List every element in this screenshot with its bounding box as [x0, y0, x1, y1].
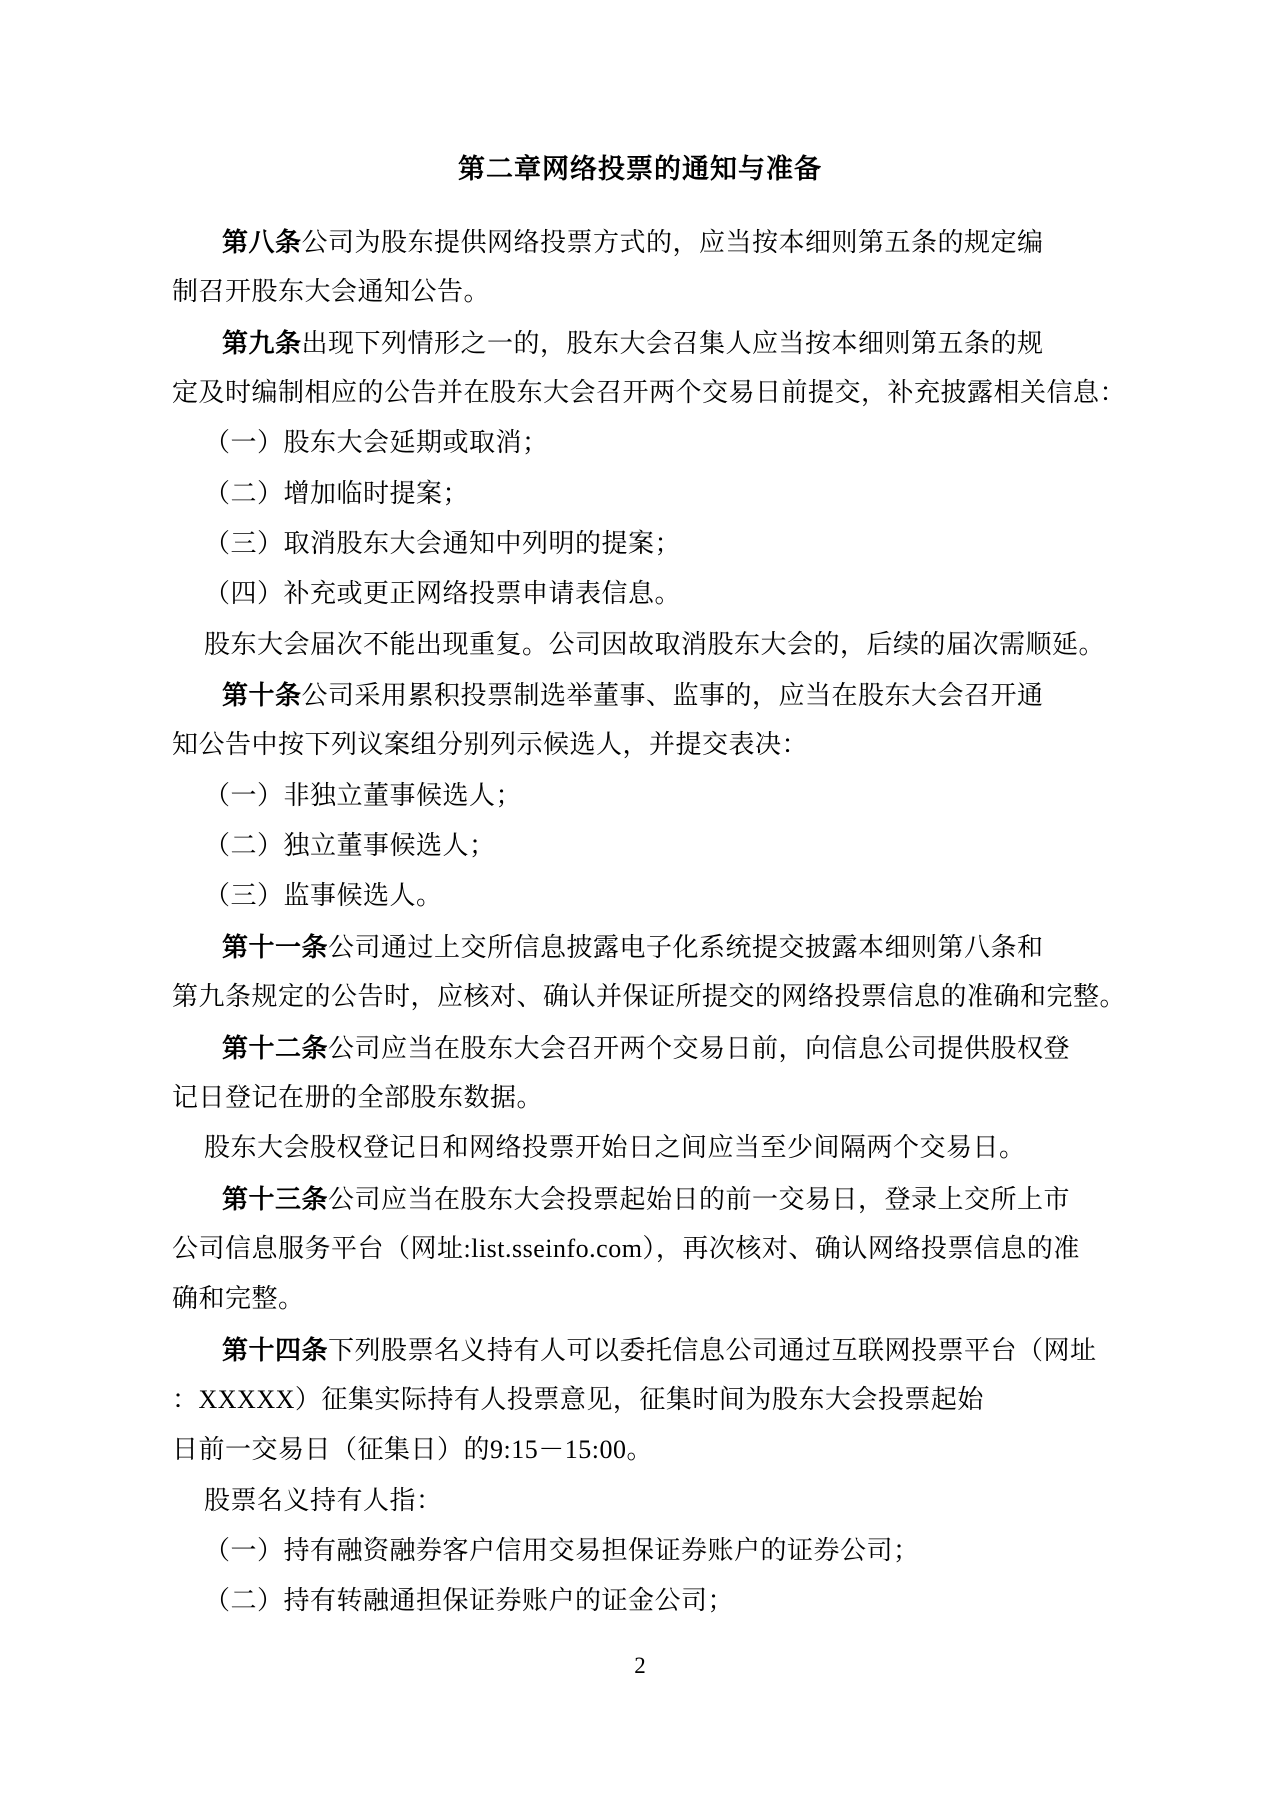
article-label: 第八条: [222, 227, 302, 257]
line-text: 股票名义持有人指：: [204, 1486, 443, 1515]
line-text: （二）持有转融通担保证券账户的证金公司；: [204, 1586, 734, 1615]
line-text: 第九条规定的公告时，应核对、确认并保证所提交的网络投票信息的准确和完整。: [172, 982, 1126, 1011]
doc-line: 股票名义持有人指：: [172, 1476, 1182, 1526]
page-number: 2: [0, 1653, 1280, 1679]
line-text: 出现下列情形之一的，股东大会召集人应当按本细则第五条的规: [302, 329, 1044, 358]
doc-line: 记日登记在册的全部股东数据。: [172, 1073, 1182, 1123]
line-text: 下列股票名义持有人可以委托信息公司通过互联网投票平台（网址: [328, 1336, 1097, 1365]
article-label: 第十条: [222, 680, 302, 710]
doc-line: （一）股东大会延期或取消；: [172, 418, 1182, 468]
line-text: （一）非独立董事候选人；: [204, 781, 522, 810]
article-label: 第十二条: [222, 1033, 328, 1063]
line-text: ：XXXXX）征集实际持有人投票意见，征集时间为股东大会投票起始: [172, 1385, 984, 1414]
line-text: （二）独立董事候选人；: [204, 831, 496, 860]
article-label: 第十三条: [222, 1184, 328, 1214]
doc-line: 股东大会股权登记日和网络投票开始日之间应当至少间隔两个交易日。: [172, 1123, 1182, 1173]
line-text: （一）股东大会延期或取消；: [204, 428, 549, 457]
doc-line: （二）增加临时提案；: [172, 469, 1182, 519]
doc-line: 股东大会届次不能出现重复。公司因故取消股东大会的，后续的届次需顺延。: [172, 620, 1182, 670]
line-text: （三）监事候选人。: [204, 881, 443, 910]
line-text: 公司应当在股东大会召开两个交易日前，向信息公司提供股权登: [328, 1034, 1070, 1063]
doc-line: 第十条公司采用累积投票制选举董事、监事的，应当在股东大会召开通: [172, 670, 1182, 720]
doc-line: 第八条公司为股东提供网络投票方式的，应当按本细则第五条的规定编: [172, 217, 1182, 267]
line-text: （四）补充或更正网络投票申请表信息。: [204, 579, 681, 608]
line-text: 记日登记在册的全部股东数据。: [172, 1083, 543, 1112]
doc-line: 第十三条公司应当在股东大会投票起始日的前一交易日，登录上交所上市: [172, 1174, 1182, 1224]
doc-line: 第十一条公司通过上交所信息披露电子化系统提交披露本细则第八条和: [172, 922, 1182, 972]
line-text: （一）持有融资融券客户信用交易担保证券账户的证券公司；: [204, 1536, 920, 1565]
line-text: 制召开股东大会通知公告。: [172, 277, 490, 306]
doc-line: （三）监事候选人。: [172, 871, 1182, 921]
line-text: 公司采用累积投票制选举董事、监事的，应当在股东大会召开通: [302, 681, 1044, 710]
doc-line: 第十四条下列股票名义持有人可以委托信息公司通过互联网投票平台（网址: [172, 1325, 1182, 1375]
doc-line: 定及时编制相应的公告并在股东大会召开两个交易日前提交，补充披露相关信息：: [172, 368, 1182, 418]
doc-line: （二）持有转融通担保证券账户的证金公司；: [172, 1576, 1182, 1626]
line-text: 公司为股东提供网络投票方式的，应当按本细则第五条的规定编: [302, 228, 1044, 257]
article-label: 第十一条: [222, 932, 328, 962]
doc-line: 第九条规定的公告时，应核对、确认并保证所提交的网络投票信息的准确和完整。: [172, 972, 1182, 1022]
line-text: 定及时编制相应的公告并在股东大会召开两个交易日前提交，补充披露相关信息：: [172, 378, 1126, 407]
doc-line: 第十二条公司应当在股东大会召开两个交易日前，向信息公司提供股权登: [172, 1023, 1182, 1073]
doc-line: 第九条出现下列情形之一的，股东大会召集人应当按本细则第五条的规: [172, 318, 1182, 368]
line-text: 确和完整。: [172, 1284, 305, 1313]
line-text: 公司应当在股东大会投票起始日的前一交易日，登录上交所上市: [328, 1185, 1070, 1214]
line-text: 公司信息服务平台（网址:list.sseinfo.com），再次核对、确认网络投…: [172, 1234, 1080, 1263]
line-text: 公司通过上交所信息披露电子化系统提交披露本细则第八条和: [328, 933, 1044, 962]
doc-line: （四）补充或更正网络投票申请表信息。: [172, 569, 1182, 619]
article-label: 第九条: [222, 328, 302, 358]
line-text: （三）取消股东大会通知中列明的提案；: [204, 529, 681, 558]
doc-line: 制召开股东大会通知公告。: [172, 267, 1182, 317]
doc-line: （一）持有融资融券客户信用交易担保证券账户的证券公司；: [172, 1526, 1182, 1576]
doc-line: 知公告中按下列议案组分别列示候选人，并提交表决：: [172, 720, 1182, 770]
document-body: 第八条公司为股东提供网络投票方式的，应当按本细则第五条的规定编 制召开股东大会通…: [172, 217, 1182, 1627]
doc-line: 确和完整。: [172, 1274, 1182, 1324]
line-text: （二）增加临时提案；: [204, 479, 469, 508]
doc-line: ：XXXXX）征集实际持有人投票意见，征集时间为股东大会投票起始: [172, 1375, 1182, 1425]
article-label: 第十四条: [222, 1335, 328, 1365]
line-text: 股东大会股权登记日和网络投票开始日之间应当至少间隔两个交易日。: [204, 1133, 1026, 1162]
doc-line: （二）独立董事候选人；: [172, 821, 1182, 871]
doc-line: （三）取消股东大会通知中列明的提案；: [172, 519, 1182, 569]
doc-line: 日前一交易日（征集日）的9:15－15:00。: [172, 1425, 1182, 1475]
doc-line: 公司信息服务平台（网址:list.sseinfo.com），再次核对、确认网络投…: [172, 1224, 1182, 1274]
line-text: 股东大会届次不能出现重复。公司因故取消股东大会的，后续的届次需顺延。: [204, 630, 1105, 659]
line-text: 日前一交易日（征集日）的9:15－15:00。: [172, 1435, 653, 1464]
doc-line: （一）非独立董事候选人；: [172, 771, 1182, 821]
document-page: 第二章网络投票的通知与准备 第八条公司为股东提供网络投票方式的，应当按本细则第五…: [0, 0, 1280, 1811]
chapter-title: 第二章网络投票的通知与准备: [0, 147, 1280, 186]
line-text: 知公告中按下列议案组分别列示候选人，并提交表决：: [172, 730, 808, 759]
